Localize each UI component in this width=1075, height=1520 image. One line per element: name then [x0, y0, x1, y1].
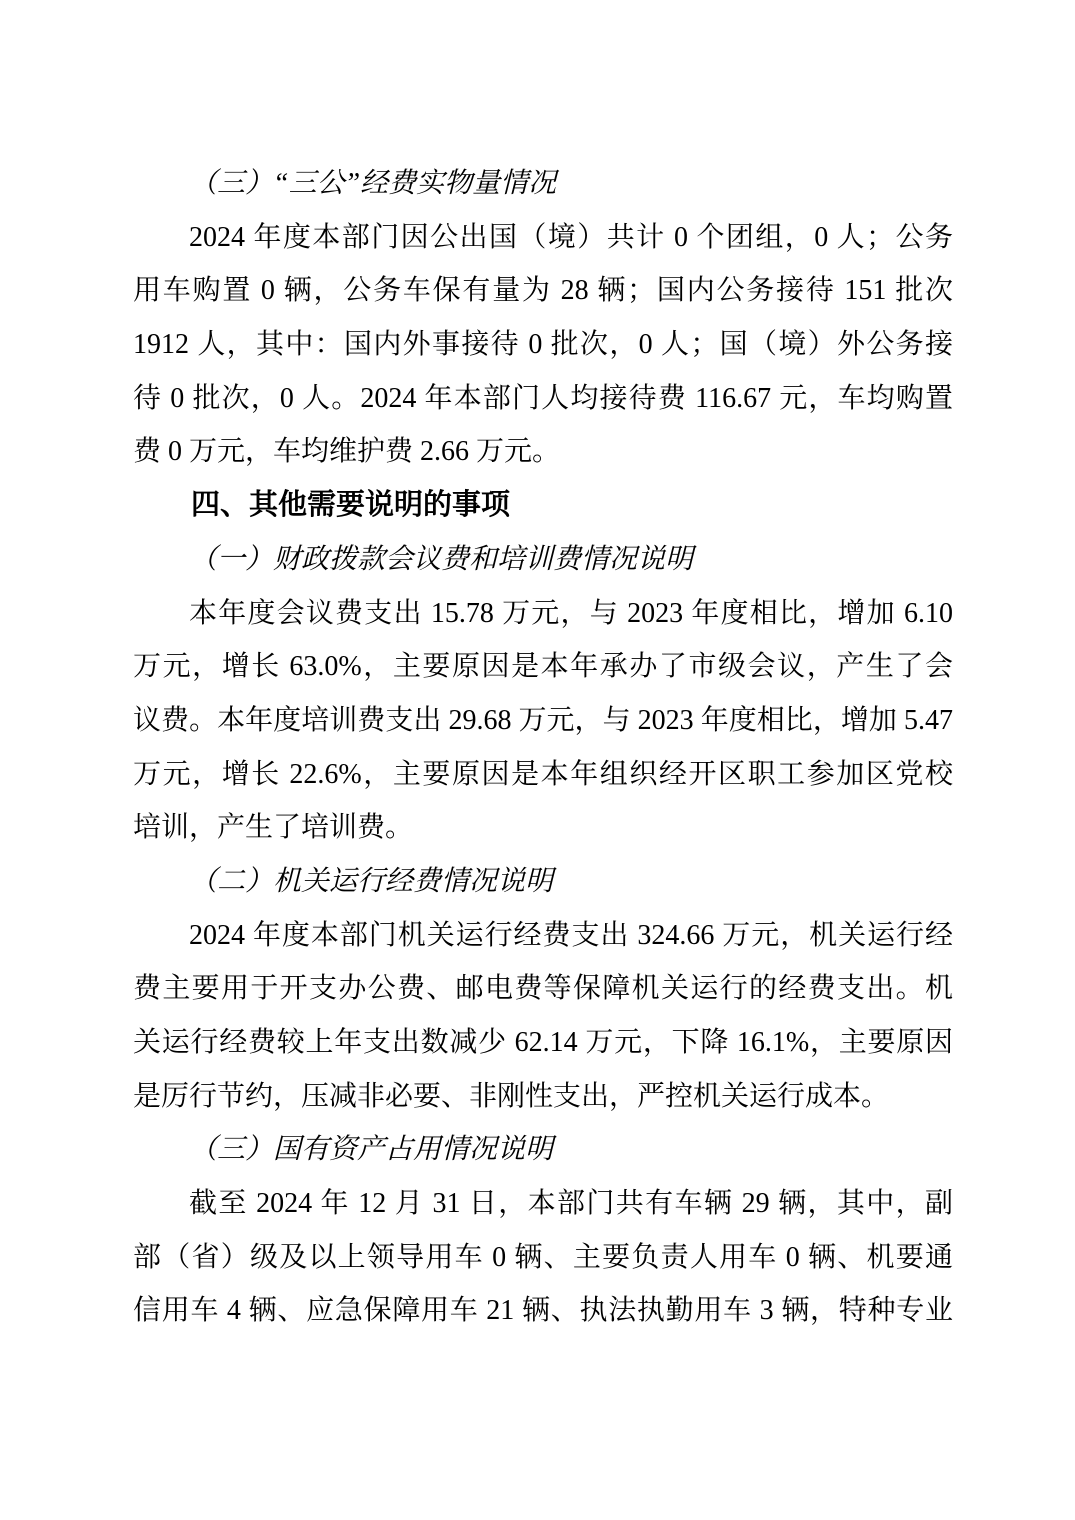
- paragraph-line: 议费。本年度培训费支出 29.68 万元，与 2023 年度相比，增加 5.47: [133, 694, 953, 748]
- paragraph-line: 用车购置 0 辆，公务车保有量为 28 辆；国内公务接待 151 批次: [133, 264, 953, 318]
- paragraph-line: 培训，产生了培训费。: [133, 801, 953, 855]
- paragraph-line: 关运行经费较上年支出数减少 62.14 万元，下降 16.1%，主要原因: [133, 1016, 953, 1070]
- paragraph-line: 1912 人，其中：国内外事接待 0 批次，0 人；国（境）外公务接: [133, 318, 953, 372]
- heading-agency-operating-funds: （二）机关运行经费情况说明: [133, 855, 953, 909]
- document-text-block: （三）“三公”经费实物量情况 2024 年度本部门因公出国（境）共计 0 个团组…: [133, 157, 953, 1338]
- heading-meeting-training-fees: （一）财政拨款会议费和培训费情况说明: [133, 533, 953, 587]
- heading-other-matters: 四、其他需要说明的事项: [133, 479, 953, 533]
- paragraph-line: 信用车 4 辆、应急保障用车 21 辆、执法执勤用车 3 辆，特种专业: [133, 1284, 953, 1338]
- paragraph-line: 待 0 批次，0 人。2024 年本部门人均接待费 116.67 元，车均购置: [133, 372, 953, 426]
- paragraph-line: 2024 年度本部门机关运行经费支出 324.66 万元，机关运行经: [133, 909, 953, 963]
- paragraph-line: 截至 2024 年 12 月 31 日，本部门共有车辆 29 辆，其中，副: [133, 1177, 953, 1231]
- paragraph-line: 2024 年度本部门因公出国（境）共计 0 个团组，0 人；公务: [133, 211, 953, 265]
- paragraph-line: 费 0 万元，车均维护费 2.66 万元。: [133, 425, 953, 479]
- heading-sangong-physical-quantities: （三）“三公”经费实物量情况: [133, 157, 953, 211]
- heading-state-assets-occupancy: （三）国有资产占用情况说明: [133, 1123, 953, 1177]
- paragraph-line: 万元，增长 22.6%，主要原因是本年组织经开区职工参加区党校: [133, 748, 953, 802]
- paragraph-line: 万元，增长 63.0%，主要原因是本年承办了市级会议，产生了会: [133, 640, 953, 694]
- paragraph-line: 费主要用于开支办公费、邮电费等保障机关运行的经费支出。机: [133, 962, 953, 1016]
- document-page: （三）“三公”经费实物量情况 2024 年度本部门因公出国（境）共计 0 个团组…: [0, 0, 1075, 1520]
- paragraph-line: 本年度会议费支出 15.78 万元，与 2023 年度相比，增加 6.10: [133, 587, 953, 641]
- paragraph-line: 是厉行节约，压减非必要、非刚性支出，严控机关运行成本。: [133, 1070, 953, 1124]
- paragraph-line: 部（省）级及以上领导用车 0 辆、主要负责人用车 0 辆、机要通: [133, 1231, 953, 1285]
